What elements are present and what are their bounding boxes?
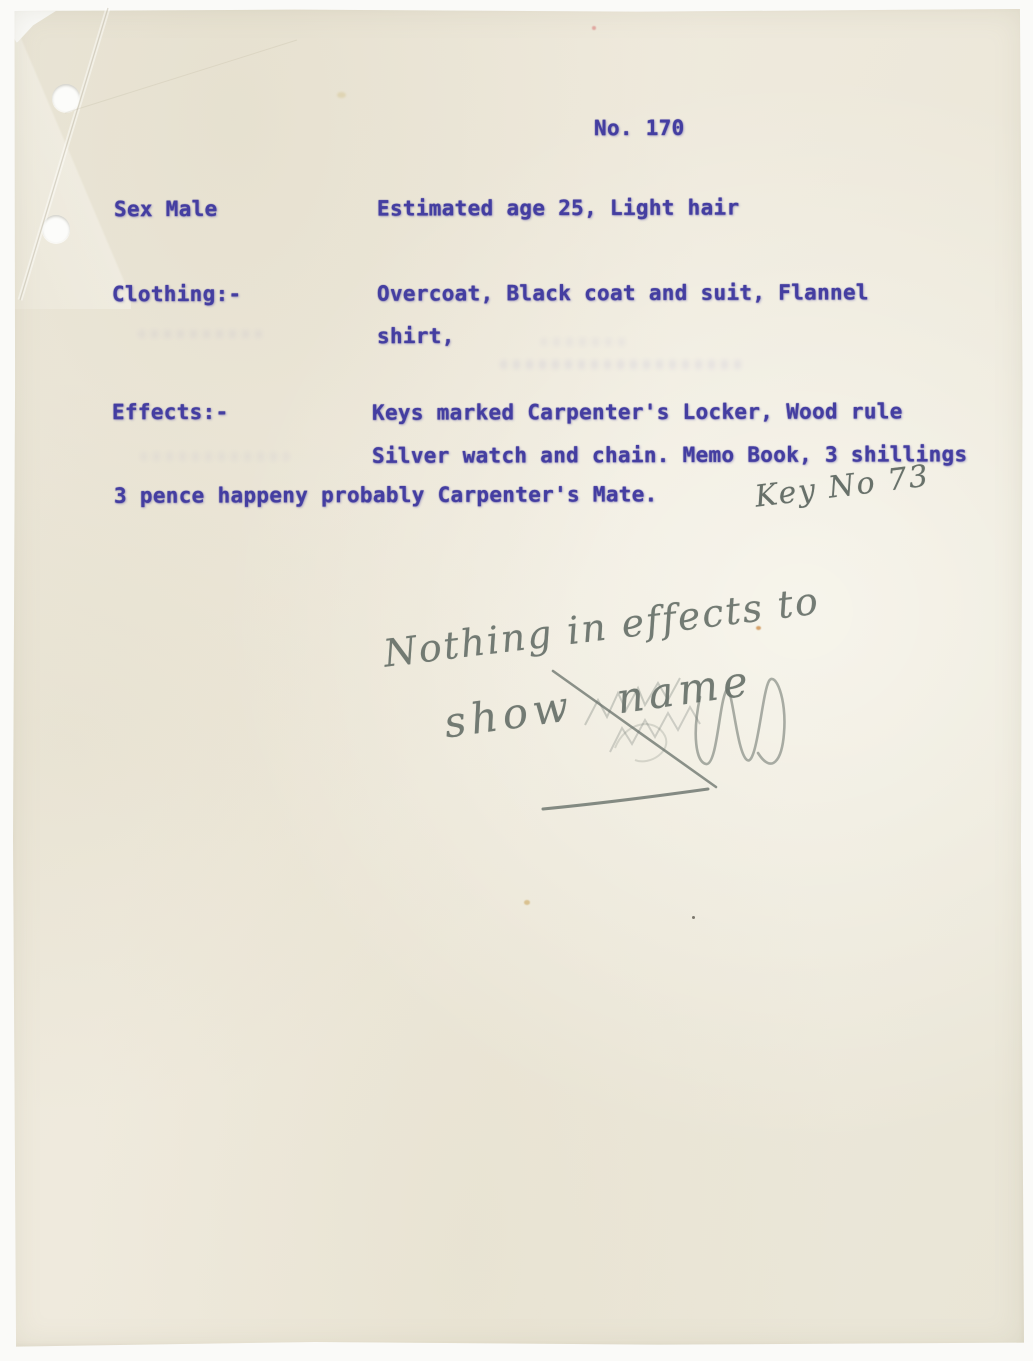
torn-corner-nick [11,9,59,43]
paper-stain [524,900,530,905]
paper-speck [592,26,596,30]
effects-value-line1: Keys marked Carpenter's Locker, Wood rul… [372,399,903,424]
paper-speck [692,916,695,919]
clothing-value-line2: shirt, [377,324,455,348]
punch-hole-top [52,84,80,112]
folded-corner [11,9,131,309]
punch-hole-bottom [42,215,70,243]
paper-stain [337,92,346,98]
photo-backdrop: No. 170 Sex Male Estimated age 25, Light… [0,0,1033,1361]
effects-continuation: 3 pence happeny probably Carpenter's Mat… [114,482,658,507]
clothing-value-line1: Overcoat, Black coat and suit, Flannel [377,280,869,305]
sex-label: Sex Male [114,197,218,221]
sex-value: Estimated age 25, Light hair [377,196,739,221]
record-number: No. 170 [594,116,685,140]
clothing-label: Clothing:- [112,282,241,306]
effects-label: Effects:- [112,400,229,424]
